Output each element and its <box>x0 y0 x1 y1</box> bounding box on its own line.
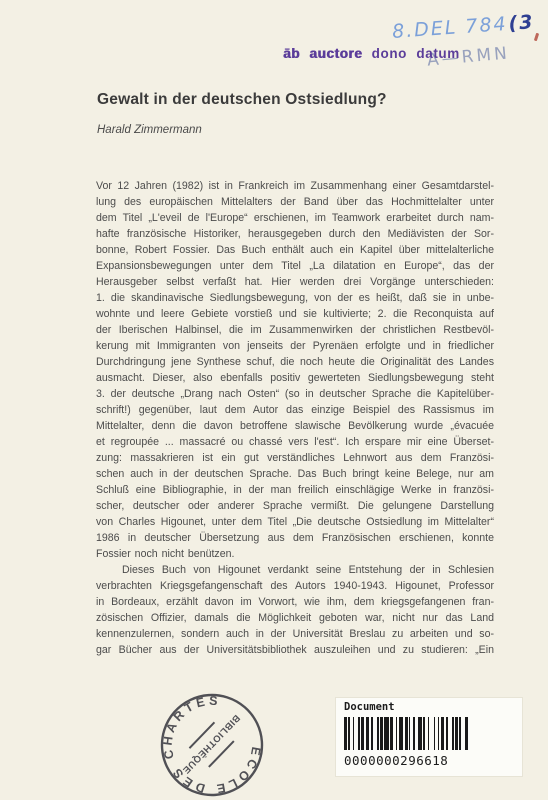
barcode-title: Document <box>344 701 395 713</box>
body-line: von Charles Higounet, unter dem Titel „D… <box>96 514 494 530</box>
body-line: bonne, Robert Fossier. Das Buch enthält … <box>96 242 494 258</box>
body-line: Fossier noch nicht benützen. <box>96 546 494 562</box>
body-line: 3. der deutsche „Drang nach Osten“ (so i… <box>96 386 494 402</box>
body-line: et regroupée ... massacré ou chassé vers… <box>96 434 494 450</box>
article-body: Vor 12 Jahren (1982) ist in Frankreich i… <box>96 178 494 658</box>
donation-ink-stamp: āb auctore dono datum <box>283 46 460 61</box>
body-line: ausmacht. Dieser, also ebenfalls positiv… <box>96 370 494 386</box>
library-round-stamp: ÉCOLE DES CHARTES BIBLIOTHÈQUE <box>150 687 274 800</box>
body-line: gar Bücher aus der Universitätsbibliothe… <box>96 642 494 658</box>
body-line: scher, deutscher oder anderer Sprache ve… <box>96 498 494 514</box>
body-line: verbrachten Kriegsgefangenschaft des Aut… <box>96 578 494 594</box>
body-line: zösischen Offizier, damals die Möglichke… <box>96 610 494 626</box>
body-line: Dieses Buch von Higounet verdankt seine … <box>96 562 494 578</box>
shelfmark-suffix: (3 <box>508 11 535 35</box>
body-line: der Iberischen Halbinsel, die im Zusamme… <box>96 322 494 338</box>
body-line: Durchdringung jene Synthese schuf, die n… <box>96 354 494 370</box>
body-line: Expansionsbewegungen unter dem Titel „La… <box>96 258 494 274</box>
body-line: dem Titel „L'eveil de l'Europe“ erschien… <box>96 210 494 226</box>
body-line: 1986 in deutscher Übersetzung aus dem Fr… <box>96 530 494 546</box>
body-line: Schluß eine Bibliographie, in der man fr… <box>96 482 494 498</box>
handwritten-shelfmark: 8.DEL 784(3 <box>391 11 535 43</box>
body-line: kerung mit Immigranten von jenseits der … <box>96 338 494 354</box>
body-line: 1. die skandinavische Siedlungsbewegung,… <box>96 290 494 306</box>
body-line: hafte französische Historiker, herausgeg… <box>96 226 494 242</box>
barcode-gap <box>468 717 469 750</box>
author-name: Harald Zimmermann <box>97 124 202 136</box>
body-line: wohnte und leere Gebiete vorstieß und si… <box>96 306 494 322</box>
body-line: kennenzulernen, sondern auch in der Univ… <box>96 626 494 642</box>
body-line: lung des europäischen Mittelalters der B… <box>96 194 494 210</box>
red-ink-mark <box>534 33 539 42</box>
ink-stamp-part2: dono datum <box>362 46 460 61</box>
body-line: in Bordeaux, erzählt davon im Vorwort, w… <box>96 594 494 610</box>
body-line: Herausgeber selbst verfaßt hat. Hier wer… <box>96 274 494 290</box>
barcode-icon <box>344 717 508 750</box>
scanned-document-page: { "marks": { "shelfmark": "8.DEL 784", "… <box>0 0 548 800</box>
body-line: Vor 12 Jahren (1982) ist in Frankreich i… <box>96 178 494 194</box>
page-title: Gewalt in der deutschen Ostsiedlung? <box>97 91 387 109</box>
body-line: zung: massakrieren ist ein gut verständl… <box>96 450 494 466</box>
shelfmark-text: 8.DEL 784 <box>391 13 508 43</box>
body-line: schrift!) gegenüber, laut dem Autor das … <box>96 402 494 418</box>
body-line: Mittelalter, denn die davon betroffene s… <box>96 418 494 434</box>
barcode-number: 0000000296618 <box>344 753 448 768</box>
ink-stamp-part1: āb auctore <box>283 46 362 61</box>
body-line: schen auch in der deutschen Sprache. Das… <box>96 466 494 482</box>
barcode-label: Document 0000000296618 <box>336 698 522 776</box>
